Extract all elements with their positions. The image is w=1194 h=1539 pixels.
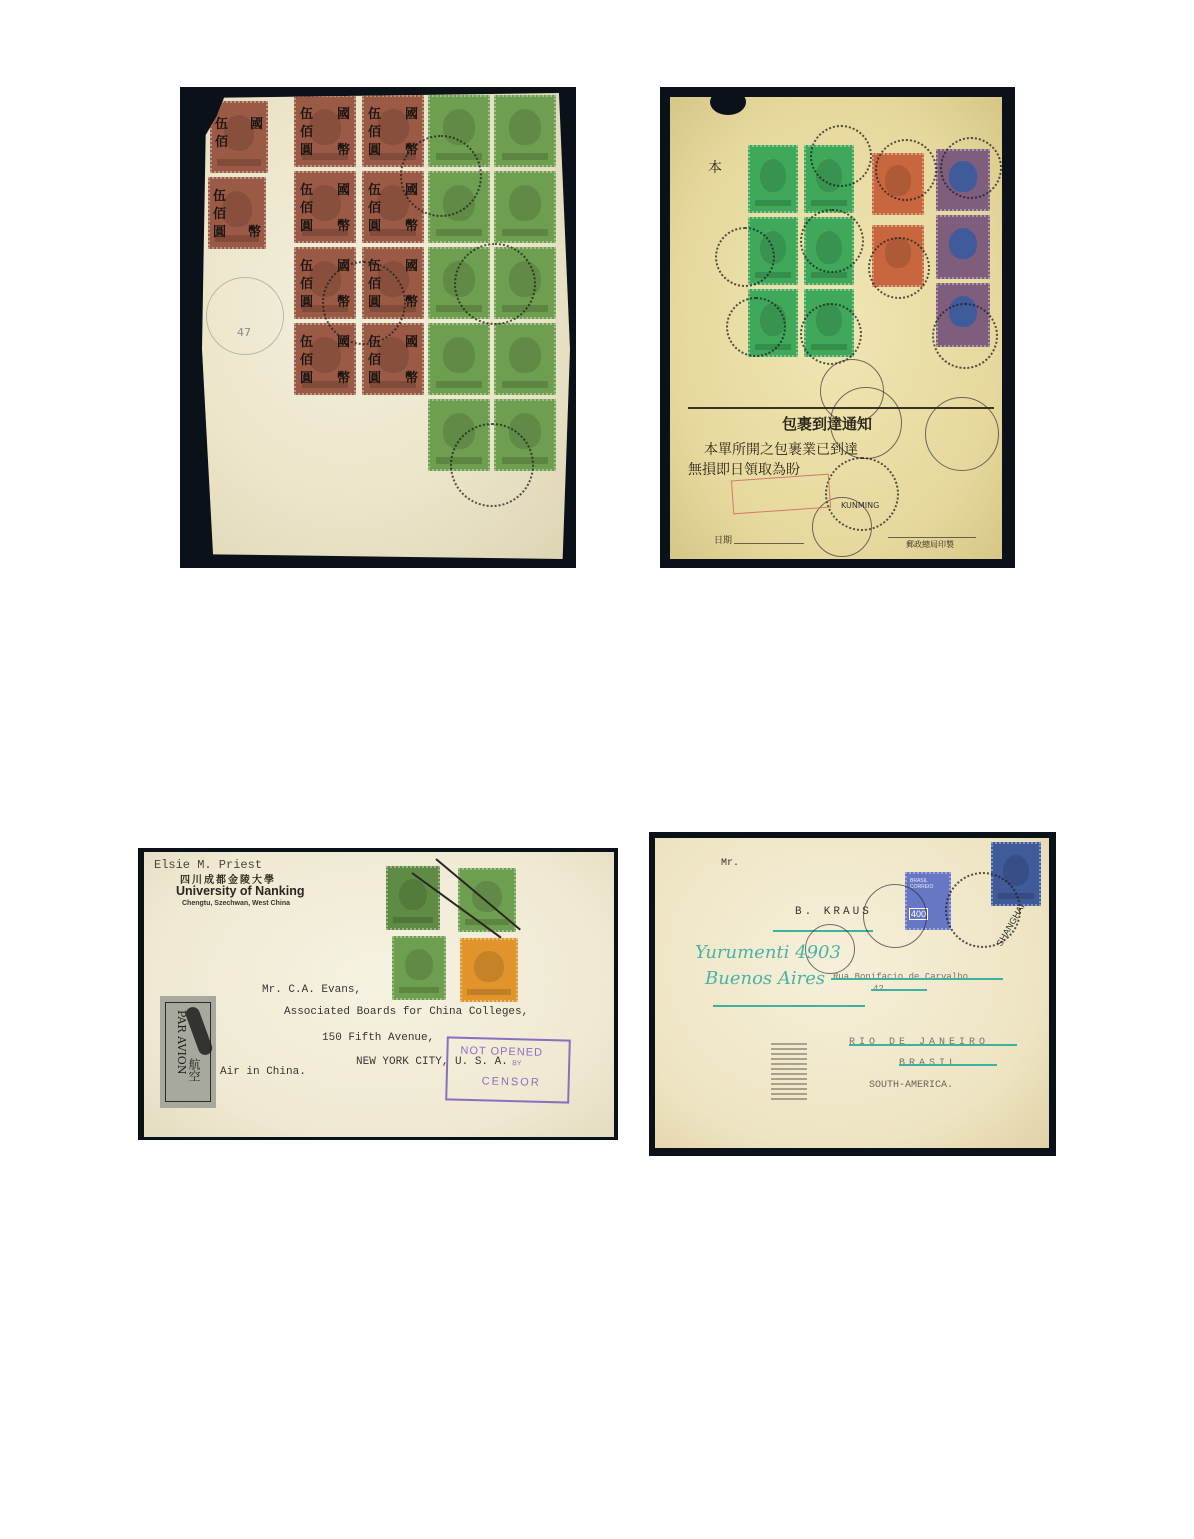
envelope-paper: Mr. B. KRAUS BRASIL CORREIO 400 SHANGHAI… bbox=[655, 838, 1049, 1148]
overprint-char: 幣 bbox=[337, 143, 350, 159]
cancel-postmark bbox=[726, 297, 786, 357]
overprint-char: 國 bbox=[405, 335, 418, 351]
surcharge-stamp: 伍 佰 國 bbox=[210, 101, 268, 173]
cancel-postmark bbox=[400, 135, 482, 217]
overprint-char: 圓 bbox=[300, 143, 313, 159]
forwarded-cover-photo: Mr. B. KRAUS BRASIL CORREIO 400 SHANGHAI… bbox=[649, 832, 1056, 1156]
cover-back-surcharges-photo: 伍 佰 國 伍 佰 圓 幣 伍佰圓國幣伍佰圓國幣伍佰圓國幣伍佰圓國幣伍佰圓國幣伍… bbox=[180, 87, 576, 568]
overprint-char: 圓 bbox=[368, 371, 381, 387]
overprint-char: 伍 bbox=[213, 189, 226, 205]
orange-stamp bbox=[460, 938, 518, 1002]
overprint-char: 佰 bbox=[368, 353, 381, 369]
overprint-char: 國 bbox=[250, 117, 263, 133]
strike-line bbox=[849, 1044, 1017, 1046]
green-stamp bbox=[494, 95, 556, 167]
addressee: B. KRAUS bbox=[795, 906, 872, 918]
date-line bbox=[734, 543, 804, 544]
overprint-char: 佰 bbox=[300, 201, 313, 217]
overprint-char: 國 bbox=[337, 183, 350, 199]
overprint-char: 佰 bbox=[300, 125, 313, 141]
overprint-char: 幣 bbox=[405, 371, 418, 387]
overprint-char: 伍 bbox=[368, 183, 381, 199]
address-line: Associated Boards for China Colleges, bbox=[284, 1006, 528, 1018]
overprint-char: 圓 bbox=[300, 219, 313, 235]
overprint-char: 佰 bbox=[300, 353, 313, 369]
routing-note: Air in China. bbox=[220, 1066, 306, 1078]
purple-stamp bbox=[936, 215, 990, 279]
handwritten-forwarding-address: Yurumenti 4903 bbox=[695, 942, 841, 963]
sender-name: Elsie M. Priest bbox=[154, 858, 262, 872]
parcel-card-photo: 本 包裹到達通知 本單所開之包裹業已到達 無損即日領取為盼 KUNMING bbox=[660, 87, 1015, 568]
overprint-char: 伍 bbox=[300, 107, 313, 123]
sender-location: Chengtu, Szechwan, West China bbox=[182, 900, 290, 907]
backstamp-postmark: 47 bbox=[206, 277, 284, 355]
torn-hole bbox=[710, 97, 746, 115]
chinese-handstamp bbox=[771, 1040, 807, 1100]
cancel-postmark bbox=[715, 227, 775, 287]
airmail-chinese-text: 航空 bbox=[186, 1058, 203, 1082]
cancel-postmark bbox=[868, 237, 930, 299]
green-stamp bbox=[748, 145, 798, 213]
cancel-postmark bbox=[800, 209, 864, 273]
overprint-char: 佰 bbox=[213, 207, 226, 223]
overprint-char: 國 bbox=[405, 107, 418, 123]
card-paper: 本 包裹到達通知 本單所開之包裹業已到達 無損即日領取為盼 KUNMING bbox=[670, 97, 1002, 559]
green-stamp bbox=[494, 171, 556, 243]
postmark-text: SHANGHAI bbox=[994, 902, 1026, 948]
continent: SOUTH-AMERICA. bbox=[869, 1080, 953, 1091]
overprint-char: 圓 bbox=[368, 143, 381, 159]
salutation: Mr. bbox=[721, 858, 739, 869]
addressee: Mr. C.A. Evans, bbox=[262, 984, 361, 996]
envelope-paper: Elsie M. Priest 四川成都金陵大學 University of N… bbox=[144, 852, 614, 1137]
surcharge-stamp: 伍 佰 圓 幣 bbox=[208, 177, 266, 249]
signature-line bbox=[888, 537, 976, 538]
airmail-label: PAR AVION 航空 bbox=[160, 996, 216, 1108]
censor-text: BY bbox=[512, 1060, 522, 1067]
overprint-char: 幣 bbox=[248, 225, 261, 241]
cancel-postmark bbox=[454, 243, 536, 325]
censor-text: CENSOR bbox=[482, 1075, 541, 1089]
cover-paper: 伍 佰 國 伍 佰 圓 幣 伍佰圓國幣伍佰圓國幣伍佰圓國幣伍佰圓國幣伍佰圓國幣伍… bbox=[202, 93, 570, 559]
green-stamp bbox=[494, 323, 556, 395]
old-city: RIO DE JANEIRO bbox=[849, 1037, 989, 1048]
old-address-street: Rua Bonifacio de Carvalho bbox=[833, 972, 968, 982]
overprint-char: 圓 bbox=[213, 225, 226, 241]
overprint-char: 圓 bbox=[368, 219, 381, 235]
surcharge-stamp: 伍佰圓國幣 bbox=[294, 95, 356, 167]
card-header-text: 本 bbox=[708, 157, 722, 177]
overprint-char: 佰 bbox=[215, 135, 228, 151]
brazil-postmark bbox=[863, 884, 927, 948]
date-label: 日期 bbox=[714, 533, 732, 546]
arrival-postmark bbox=[830, 387, 902, 459]
strike-line bbox=[831, 978, 1003, 980]
nanking-airmail-cover-photo: Elsie M. Priest 四川成都金陵大學 University of N… bbox=[138, 848, 618, 1140]
sender-org: University of Nanking bbox=[176, 884, 305, 898]
arrival-postmark bbox=[925, 397, 999, 471]
overprint-char: 圓 bbox=[300, 371, 313, 387]
cancel-postmark bbox=[810, 125, 872, 187]
cancel-postmark bbox=[875, 139, 937, 201]
shanghai-postmark: SHANGHAI bbox=[945, 872, 1021, 948]
strike-line bbox=[871, 989, 927, 991]
red-chop bbox=[731, 474, 831, 515]
underline bbox=[713, 1005, 865, 1007]
handwritten-forwarding-city: Buenos Aires bbox=[705, 968, 825, 989]
overprint-char: 伍 bbox=[300, 335, 313, 351]
footer-text: 郵政總局印製 bbox=[906, 539, 954, 550]
surcharge-stamp: 伍佰圓國幣 bbox=[294, 171, 356, 243]
overprint-char: 佰 bbox=[300, 277, 313, 293]
brazil-stamp-text: BRASIL CORREIO bbox=[910, 878, 949, 890]
overprint-char: 國 bbox=[337, 107, 350, 123]
cancel-postmark bbox=[322, 261, 406, 345]
overprint-char: 幣 bbox=[337, 219, 350, 235]
overprint-char: 幣 bbox=[337, 371, 350, 387]
cancel-postmark bbox=[932, 303, 998, 369]
cancel-postmark bbox=[940, 137, 1002, 199]
overprint-char: 伍 bbox=[300, 183, 313, 199]
cancel-postmark bbox=[800, 303, 862, 365]
address-line: 150 Fifth Avenue, bbox=[322, 1032, 434, 1044]
censor-handstamp: NOT OPENED BY CENSOR bbox=[445, 1036, 571, 1103]
overprint-char: 佰 bbox=[368, 201, 381, 217]
censor-text: NOT OPENED bbox=[460, 1045, 543, 1059]
overprint-char: 圓 bbox=[300, 295, 313, 311]
strike-line bbox=[899, 1064, 997, 1066]
overprint-char: 伍 bbox=[215, 117, 228, 133]
overprint-char: 佰 bbox=[368, 125, 381, 141]
postmark-year: 47 bbox=[237, 326, 251, 339]
cancel-postmark bbox=[450, 423, 534, 507]
green-stamp bbox=[428, 323, 490, 395]
overprint-char: 幣 bbox=[405, 219, 418, 235]
overprint-char: 伍 bbox=[300, 259, 313, 275]
green-stamp bbox=[392, 936, 446, 1000]
overprint-char: 伍 bbox=[368, 107, 381, 123]
overprint-char: 幣 bbox=[405, 295, 418, 311]
overprint-char: 國 bbox=[405, 259, 418, 275]
